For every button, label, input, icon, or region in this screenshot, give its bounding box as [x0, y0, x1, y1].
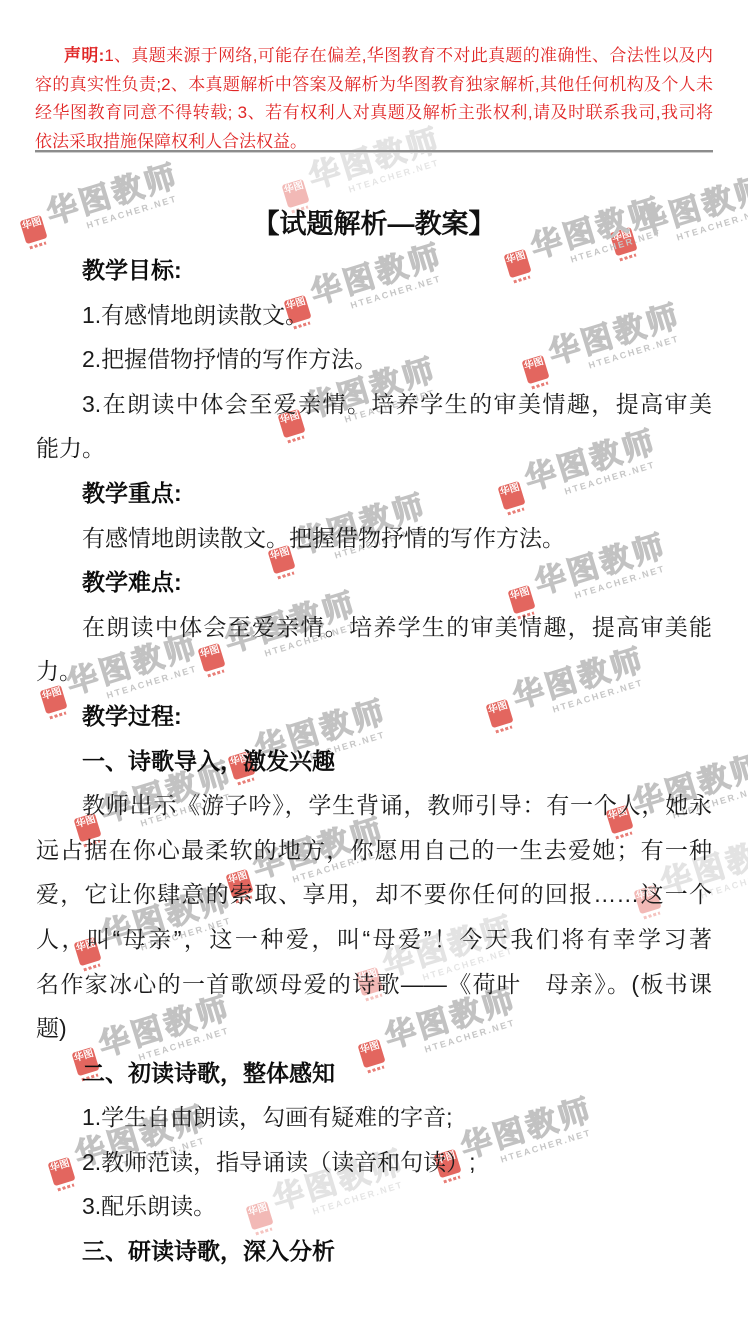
- separator-rule: [35, 150, 713, 152]
- text-line: 人，叫“母亲”，这一种爱，叫“母爱”！今天我们将有幸学习著: [36, 917, 712, 962]
- disclaimer-label: 声明:: [64, 46, 104, 65]
- text-line: 题): [36, 1006, 712, 1051]
- text-line: 1.学生自由朗读，勾画有疑难的字音;: [36, 1095, 712, 1140]
- text-line: 3.配乐朗读。: [36, 1184, 712, 1229]
- disclaimer-line: 依法采取措施保障权利人合法权益。: [35, 128, 713, 157]
- watermark-domain-text: HTEACHER.NET: [315, 155, 448, 204]
- text-line: 3.在朗读中体会至爱亲情。培养学生的审美情趣，提高审美: [36, 382, 712, 427]
- text-line: 远占据在你心最柔软的地方，你愿用自己的一生去爱她；有一种: [36, 828, 712, 873]
- text-line: 在朗读中体会至爱亲情。培养学生的审美情趣，提高审美能: [36, 605, 712, 650]
- text-line: 有感情地朗读散文。把握借物抒情的写作方法。: [36, 516, 712, 561]
- section-heading-line: 二、初读诗歌，整体感知: [36, 1051, 712, 1096]
- section-heading-line: 教学目标:: [36, 248, 712, 293]
- section-heading-line: 教学过程:: [36, 694, 712, 739]
- lesson-plan-body: 教学目标:1.有感情地朗读散文。2.把握借物抒情的写作方法。3.在朗读中体会至爱…: [36, 248, 712, 1274]
- text-line: 名作家冰心的一首歌颂母爱的诗歌——《荷叶 母亲》。(板书课: [36, 962, 712, 1007]
- text-line: 1.有感情地朗读散文。: [36, 293, 712, 338]
- text-line: 2.把握借物抒情的写作方法。: [36, 337, 712, 382]
- section-heading-line: 教学重点:: [36, 471, 712, 516]
- text-line: 爱，它让你肆意的索取、享用，却不要你任何的回报……这一个: [36, 872, 712, 917]
- text-line: 教师出示《游子吟》，学生背诵，教师引导：有一个人，她永: [36, 783, 712, 828]
- text-line: 2.教师范读，指导诵读（读音和句读）;: [36, 1140, 712, 1185]
- document-title: 【试题解析—教案】: [0, 205, 748, 243]
- document-page: 华图华图教师HTEACHER.NET华图华图教师HTEACHER.NET华图华图…: [0, 0, 748, 1335]
- disclaimer: 声明:1、真题来源于网络,可能存在偏差,华图教育不对此真题的准确性、合法性以及内…: [35, 42, 713, 156]
- text-line: 力。: [36, 649, 712, 694]
- disclaimer-line: 经华图教育同意不得转载; 3、若有权利人对真题及解析主张权利,请及时联系我司,我…: [35, 99, 713, 128]
- section-heading-line: 三、研读诗歌，深入分析: [36, 1229, 712, 1274]
- section-heading-line: 教学难点:: [36, 560, 712, 605]
- disclaimer-line: 声明:1、真题来源于网络,可能存在偏差,华图教育不对此真题的准确性、合法性以及内: [35, 42, 713, 71]
- section-heading-line: 一、诗歌导入，激发兴趣: [36, 739, 712, 784]
- text-line: 能力。: [36, 426, 712, 471]
- disclaimer-line: 容的真实性负责;2、本真题解析中答案及解析为华图教育独家解析,其他任何机构及个人…: [35, 71, 713, 100]
- huatu-logo-icon: 华图: [282, 179, 310, 208]
